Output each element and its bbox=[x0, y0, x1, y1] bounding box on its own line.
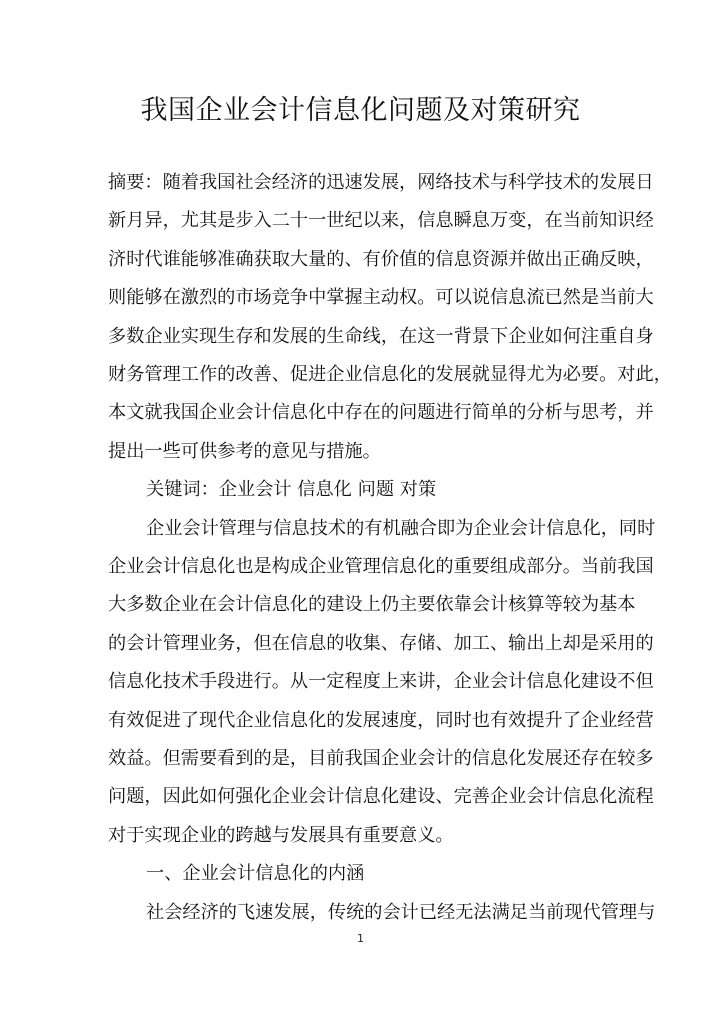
body-line: 社会经济的飞速发展，传统的会计已经无法满足当前现代管理与 bbox=[146, 901, 613, 925]
body-line: 提出一些可供参考的意见与措施。 bbox=[108, 440, 613, 464]
body-line: 本文就我国企业会计信息化中存在的问题进行简单的分析与思考，并 bbox=[108, 401, 613, 425]
body-line: 企业会计信息化也是构成企业管理信息化的重要组成部分。当前我国 bbox=[108, 555, 613, 579]
body-line: 关键词：企业会计 信息化 问题 对策 bbox=[146, 478, 613, 502]
page-number: 1 bbox=[0, 932, 721, 945]
body-line: 企业会计管理与信息技术的有机融合即为企业会计信息化，同时 bbox=[146, 517, 613, 541]
body-line: 摘要：随着我国社会经济的迅速发展，网络技术与科学技术的发展日 bbox=[108, 171, 613, 195]
body-line: 对于实现企业的跨越与发展具有重要意义。 bbox=[108, 824, 613, 848]
body-line: 信息化技术手段进行。从一定程度上来讲，企业会计信息化建设不但 bbox=[108, 670, 613, 694]
body-line: 则能够在激烈的市场竞争中掌握主动权。可以说信息流已然是当前大 bbox=[108, 286, 613, 310]
document-title: 我国企业会计信息化问题及对策研究 bbox=[0, 88, 721, 127]
body-line: 济时代谁能够准确获取大量的、有价值的信息资源并做出正确反映， bbox=[108, 248, 613, 272]
document-page: 我国企业会计信息化问题及对策研究 摘要：随着我国社会经济的迅速发展，网络技术与科… bbox=[0, 0, 721, 1020]
body-line: 财务管理工作的改善、促进企业信息化的发展就显得尤为必要。对此， bbox=[108, 363, 613, 387]
body-line: 多数企业实现生存和发展的生命线，在这一背景下企业如何注重自身 bbox=[108, 325, 613, 349]
body-line: 新月异，尤其是步入二十一世纪以来，信息瞬息万变，在当前知识经 bbox=[108, 209, 613, 233]
body-line: 一、企业会计信息化的内涵 bbox=[146, 862, 613, 886]
body-line: 大多数企业在会计信息化的建设上仍主要依靠会计核算等较为基本 bbox=[108, 593, 613, 617]
body-line: 有效促进了现代企业信息化的发展速度，同时也有效提升了企业经营 bbox=[108, 709, 613, 733]
body-line: 效益。但需要看到的是，目前我国企业会计的信息化发展还存在较多 bbox=[108, 747, 613, 771]
body-line: 的会计管理业务，但在信息的收集、存储、加工、输出上却是采用的 bbox=[108, 632, 613, 656]
body-line: 问题，因此如何强化企业会计信息化建设、完善企业会计信息化流程 bbox=[108, 785, 613, 809]
